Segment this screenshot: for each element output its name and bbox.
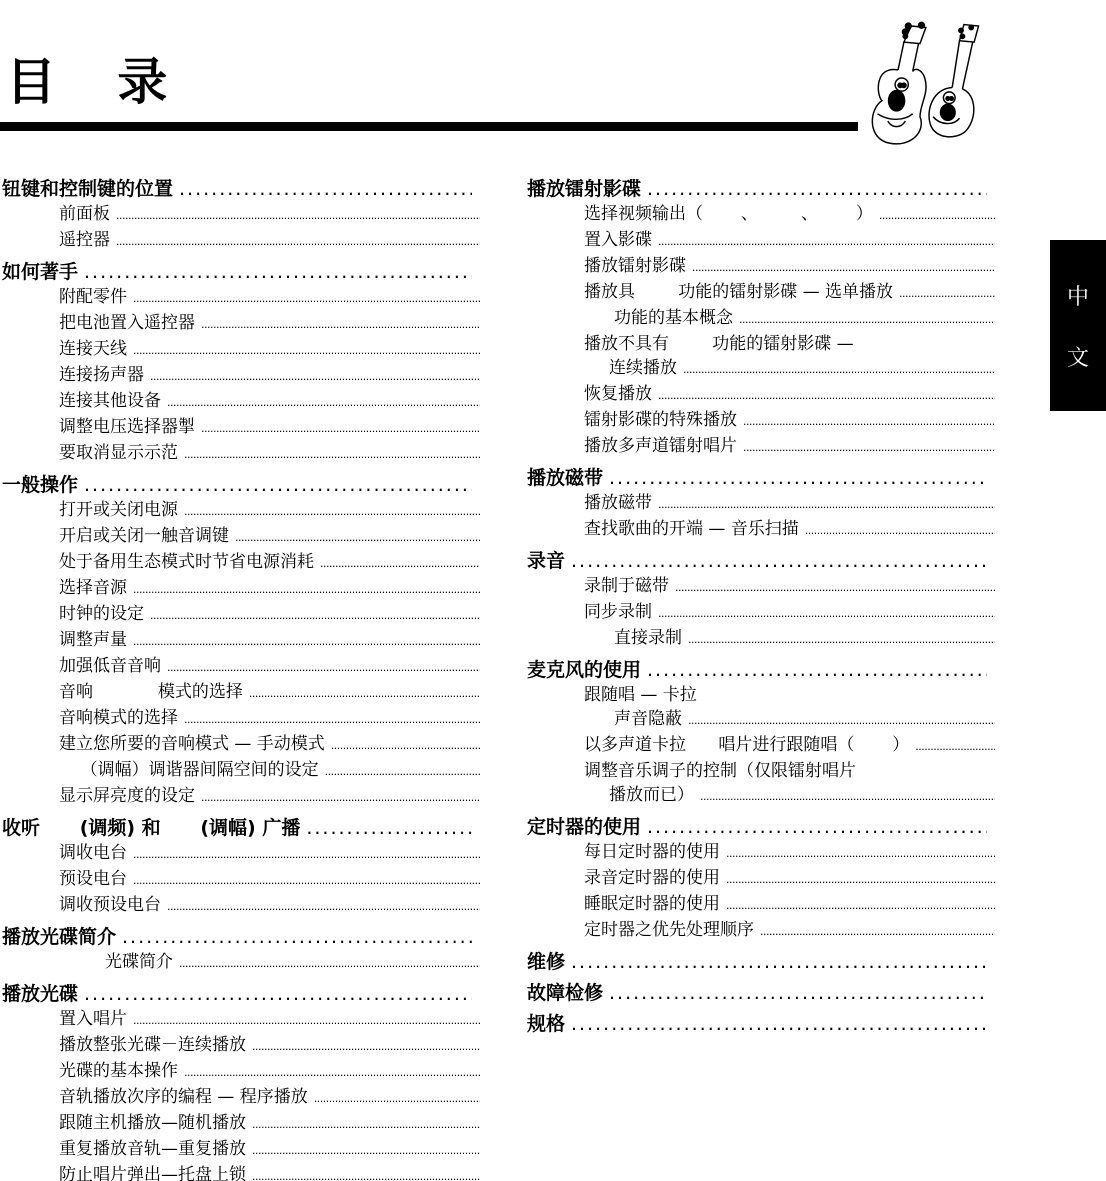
dot-leader bbox=[320, 552, 480, 576]
toc-entry[interactable]: 前面板 bbox=[2, 202, 480, 228]
dot-leader bbox=[184, 708, 480, 732]
entry-title: 声音隐蔽 bbox=[614, 707, 682, 731]
toc-section-heading[interactable]: 如何著手 bbox=[2, 259, 472, 285]
section-title: 播放光碟 bbox=[2, 981, 78, 1007]
toc-entry[interactable]: 镭射影碟的特殊播放 bbox=[527, 408, 995, 434]
toc-entry[interactable]: 预设电台 bbox=[2, 867, 480, 893]
entry-title: 同步录制 bbox=[584, 600, 652, 624]
toc-entry[interactable]: 播放磁带 bbox=[527, 491, 995, 517]
toc-entry[interactable]: 重复播放音轨—重复播放 bbox=[2, 1137, 480, 1163]
toc-entry[interactable]: 调收电台 bbox=[2, 841, 480, 867]
dot-leader bbox=[692, 256, 995, 280]
entry-title: 连接天线 bbox=[59, 337, 127, 361]
dot-leader bbox=[683, 358, 995, 382]
toc-entry[interactable]: 音响 模式的选择 bbox=[2, 680, 480, 706]
title-divider bbox=[0, 122, 858, 131]
dot-leader bbox=[167, 391, 480, 415]
toc-entry[interactable]: 睡眠定时器的使用 bbox=[527, 892, 995, 918]
dot-leader bbox=[609, 465, 987, 491]
entry-title: 调收电台 bbox=[59, 841, 127, 865]
dot-leader bbox=[331, 734, 480, 758]
dot-leader bbox=[184, 500, 480, 524]
entry-title: 睡眠定时器的使用 bbox=[584, 892, 720, 916]
toc-entry[interactable]: 建立您所要的音响模式 — 手动模式 bbox=[2, 732, 480, 758]
toc-entry[interactable]: 要取消显示示范 bbox=[2, 441, 480, 467]
toc-entry[interactable]: 跟随主机播放—随机播放 bbox=[2, 1111, 480, 1137]
entry-title: 重复播放音轨—重复播放 bbox=[59, 1137, 246, 1161]
toc-entry[interactable]: 查找歌曲的开端 — 音乐扫描 bbox=[527, 517, 995, 543]
entry-title: 音响 模式的选择 bbox=[59, 680, 243, 704]
toc-section-heading[interactable]: 麦克风的使用 bbox=[527, 657, 987, 683]
toc-entry[interactable]: 处于备用生态模式时节省电源消耗 bbox=[2, 550, 480, 576]
toc-entry[interactable]: 光碟的基本操作 bbox=[2, 1059, 480, 1085]
dot-leader bbox=[179, 952, 480, 976]
toc-entry[interactable]: 调整电压选择器掣 bbox=[2, 415, 480, 441]
entry-title: 预设电台 bbox=[59, 867, 127, 891]
toc-section-heading[interactable]: 收听 (调频) 和 (调幅) 广播 bbox=[2, 815, 472, 841]
dot-leader bbox=[252, 1035, 480, 1059]
toc-entry[interactable]: 打开或关闭电源 bbox=[2, 498, 480, 524]
dot-leader bbox=[739, 308, 995, 332]
dot-leader bbox=[899, 282, 995, 306]
toc-entry[interactable]: 连续播放 bbox=[527, 356, 995, 382]
entry-title: 调整声量 bbox=[59, 628, 127, 652]
dot-leader bbox=[84, 259, 472, 285]
toc-entry[interactable]: 置入影碟 bbox=[527, 228, 995, 254]
entry-title: 连接扬声器 bbox=[59, 363, 144, 387]
dot-leader bbox=[84, 472, 472, 498]
toc-section-heading[interactable]: 规格 bbox=[527, 1011, 987, 1037]
toc-section-heading[interactable]: 录音 bbox=[527, 548, 987, 574]
entry-title: 光碟简介 bbox=[105, 950, 173, 974]
language-tab[interactable]: 中 文 bbox=[1050, 240, 1106, 411]
toc-column-right: 播放镭射影碟选择视频输出（ 、 、 ）置入影碟播放镭射影碟播放具 功能的镭射影碟… bbox=[527, 176, 995, 1037]
dot-leader bbox=[726, 894, 995, 918]
section-title: 维修 bbox=[527, 949, 565, 975]
dot-leader bbox=[201, 417, 480, 441]
two-cartoon-guitars-icon bbox=[860, 0, 1040, 175]
section-title: 钮键和控制键的位置 bbox=[2, 176, 173, 202]
section-title: 一般操作 bbox=[2, 472, 78, 498]
toc-entry[interactable]: 恢复播放 bbox=[527, 382, 995, 408]
toc-entry[interactable]: 把电池置入遥控器 bbox=[2, 311, 480, 337]
dot-leader bbox=[314, 1087, 480, 1111]
page-title: 目 录 bbox=[6, 52, 189, 112]
toc-entry[interactable]: 同步录制 bbox=[527, 600, 995, 626]
entry-title: 定时器之优先处理顺序 bbox=[584, 918, 754, 942]
entry-title: 音轨播放次序的编程 — 程序播放 bbox=[59, 1085, 308, 1109]
dot-leader bbox=[122, 924, 472, 950]
entry-title: 直接录制 bbox=[614, 626, 682, 650]
toc-section-heading[interactable]: 故障检修 bbox=[527, 980, 987, 1006]
section-title: 录音 bbox=[527, 548, 565, 574]
dot-leader bbox=[133, 1009, 480, 1033]
entry-title: 镭射影碟的特殊播放 bbox=[584, 408, 737, 432]
dot-leader bbox=[184, 443, 480, 467]
entry-title: 处于备用生态模式时节省电源消耗 bbox=[59, 550, 314, 574]
entry-title: 播放镭射影碟 bbox=[584, 254, 686, 278]
entry-title: 调收预设电台 bbox=[59, 893, 161, 917]
entry-title: 把电池置入遥控器 bbox=[59, 311, 195, 335]
toc-entry[interactable]: 调收预设电台 bbox=[2, 893, 480, 919]
dot-leader bbox=[184, 1061, 480, 1085]
toc-entry[interactable]: 播放而已） bbox=[527, 783, 995, 809]
dot-leader bbox=[688, 709, 995, 733]
dot-leader bbox=[150, 365, 480, 389]
entry-title: 调整音乐调子的控制（仅限镭射唱片 bbox=[584, 759, 856, 783]
toc-entry[interactable]: 音轨播放次序的编程 — 程序播放 bbox=[2, 1085, 480, 1111]
dot-leader bbox=[760, 920, 995, 944]
toc-entry[interactable]: 开启或关闭一触音调键 bbox=[2, 524, 480, 550]
toc-entry[interactable]: 调整音乐调子的控制（仅限镭射唱片 bbox=[527, 759, 995, 783]
section-title: 麦克风的使用 bbox=[527, 657, 641, 683]
entry-title: 音响模式的选择 bbox=[59, 706, 178, 730]
entry-title: 跟随唱 — 卡拉 bbox=[584, 683, 697, 707]
entry-title: 恢复播放 bbox=[584, 382, 652, 406]
dot-leader bbox=[805, 519, 995, 543]
toc-entry[interactable]: 录制于磁带 bbox=[527, 574, 995, 600]
entry-title: 打开或关闭电源 bbox=[59, 498, 178, 522]
section-title: 定时器的使用 bbox=[527, 814, 641, 840]
entry-title: 加强低音音响 bbox=[59, 654, 161, 678]
toc-entry[interactable]: 播放镭射影碟 bbox=[527, 254, 995, 280]
toc-section-heading[interactable]: 播放光碟简介 bbox=[2, 924, 472, 950]
toc-entry[interactable]: 录音定时器的使用 bbox=[527, 866, 995, 892]
entry-title: 连续播放 bbox=[609, 356, 677, 380]
dot-leader bbox=[688, 628, 995, 652]
toc-entry[interactable]: 连接其他设备 bbox=[2, 389, 480, 415]
toc-entry[interactable]: 加强低音音响 bbox=[2, 654, 480, 680]
toc-entry[interactable]: 光碟简介 bbox=[2, 950, 480, 976]
toc-entry[interactable]: 以多声道卡拉 唱片进行跟随唱（ ） bbox=[527, 733, 995, 759]
language-tab-char: 中 bbox=[1067, 280, 1089, 311]
entry-title: 录制于磁带 bbox=[584, 574, 669, 598]
dot-leader bbox=[306, 815, 472, 841]
dot-leader bbox=[647, 176, 987, 202]
toc-entry[interactable]: 播放具 功能的镭射影碟 — 选单播放 bbox=[527, 280, 995, 306]
entry-title: 选择音源 bbox=[59, 576, 127, 600]
dot-leader bbox=[658, 602, 995, 626]
dot-leader bbox=[179, 176, 472, 202]
dot-leader bbox=[726, 842, 995, 866]
dot-leader bbox=[743, 436, 995, 460]
dot-leader bbox=[609, 980, 987, 1006]
entry-title: 功能的基本概念 bbox=[614, 306, 733, 330]
dot-leader bbox=[658, 493, 995, 517]
section-title: 播放光碟简介 bbox=[2, 924, 116, 950]
dot-leader bbox=[235, 526, 480, 550]
toc-entry[interactable]: 定时器之优先处理顺序 bbox=[527, 918, 995, 944]
dot-leader bbox=[647, 657, 987, 683]
dot-leader bbox=[133, 339, 480, 363]
dot-leader bbox=[249, 682, 480, 706]
toc-entry[interactable]: 附配零件 bbox=[2, 285, 480, 311]
entry-title: 前面板 bbox=[59, 202, 110, 226]
dot-leader bbox=[879, 204, 995, 228]
toc-entry[interactable]: 播放多声道镭射唱片 bbox=[527, 434, 995, 460]
toc-entry[interactable]: 连接扬声器 bbox=[2, 363, 480, 389]
dot-leader bbox=[167, 656, 480, 680]
toc-column-left: 钮键和控制键的位置前面板遥控器如何著手附配零件把电池置入遥控器连接天线连接扬声器… bbox=[2, 176, 480, 1181]
entry-title: 建立您所要的音响模式 — 手动模式 bbox=[59, 732, 325, 756]
dot-leader bbox=[252, 1113, 480, 1137]
entry-title: 防止唱片弹出—托盘上锁 bbox=[59, 1163, 246, 1181]
entry-title: 开启或关闭一触音调键 bbox=[59, 524, 229, 548]
language-tab-char: 文 bbox=[1067, 341, 1089, 372]
dot-leader bbox=[150, 604, 480, 628]
entry-title: 查找歌曲的开端 — 音乐扫描 bbox=[584, 517, 799, 541]
toc-entry[interactable]: 音响模式的选择 bbox=[2, 706, 480, 732]
entry-title: 连接其他设备 bbox=[59, 389, 161, 413]
entry-title: 置入唱片 bbox=[59, 1007, 127, 1031]
entry-title: 播放整张光碟－连续播放 bbox=[59, 1033, 246, 1057]
entry-title: 显示屏亮度的设定 bbox=[59, 784, 195, 808]
toc-entry[interactable]: 时钟的设定 bbox=[2, 602, 480, 628]
section-title: 收听 (调频) 和 (调幅) 广播 bbox=[2, 815, 300, 841]
dot-leader bbox=[201, 313, 480, 337]
toc-entry[interactable]: （调幅）调谐器间隔空间的设定 bbox=[2, 758, 480, 784]
toc-entry[interactable]: 选择视频输出（ 、 、 ） bbox=[527, 202, 995, 228]
section-title: 规格 bbox=[527, 1011, 565, 1037]
toc-entry[interactable]: 置入唱片 bbox=[2, 1007, 480, 1033]
dot-leader bbox=[658, 384, 995, 408]
dot-leader bbox=[252, 1139, 480, 1163]
dot-leader bbox=[675, 576, 995, 600]
toc-entry[interactable]: 遥控器 bbox=[2, 228, 480, 254]
entry-title: 要取消显示示范 bbox=[59, 441, 178, 465]
entry-title: 附配零件 bbox=[59, 285, 127, 309]
toc-section-heading[interactable]: 钮键和控制键的位置 bbox=[2, 176, 472, 202]
section-title: 播放磁带 bbox=[527, 465, 603, 491]
toc-entry[interactable]: 防止唱片弹出—托盘上锁 bbox=[2, 1163, 480, 1181]
dot-leader bbox=[116, 230, 480, 254]
dot-leader bbox=[252, 1165, 480, 1181]
section-title: 播放镭射影碟 bbox=[527, 176, 641, 202]
dot-leader bbox=[647, 814, 987, 840]
entry-title: 时钟的设定 bbox=[59, 602, 144, 626]
entry-title: 跟随主机播放—随机播放 bbox=[59, 1111, 246, 1135]
dot-leader bbox=[571, 949, 987, 975]
dot-leader bbox=[133, 578, 480, 602]
entry-title: 播放多声道镭射唱片 bbox=[584, 434, 737, 458]
dot-leader bbox=[658, 230, 995, 254]
entry-title: 播放具 功能的镭射影碟 — 选单播放 bbox=[584, 280, 893, 304]
dot-leader bbox=[325, 760, 480, 784]
toc-section-heading[interactable]: 播放镭射影碟 bbox=[527, 176, 987, 202]
entry-title: 光碟的基本操作 bbox=[59, 1059, 178, 1083]
dot-leader bbox=[133, 287, 480, 311]
toc-entry[interactable]: 播放整张光碟－连续播放 bbox=[2, 1033, 480, 1059]
dot-leader bbox=[133, 630, 480, 654]
toc-section-heading[interactable]: 定时器的使用 bbox=[527, 814, 987, 840]
toc-entry[interactable]: 声音隐蔽 bbox=[527, 707, 995, 733]
entry-title: 每日定时器的使用 bbox=[584, 840, 720, 864]
dot-leader bbox=[84, 981, 472, 1007]
entry-title: 以多声道卡拉 唱片进行跟随唱（ ） bbox=[584, 733, 909, 757]
dot-leader bbox=[201, 786, 480, 810]
toc-entry[interactable]: 连接天线 bbox=[2, 337, 480, 363]
dot-leader bbox=[571, 548, 987, 574]
entry-title: 调整电压选择器掣 bbox=[59, 415, 195, 439]
dot-leader bbox=[167, 895, 480, 919]
toc-entry[interactable]: 每日定时器的使用 bbox=[527, 840, 995, 866]
toc-entry[interactable]: 调整声量 bbox=[2, 628, 480, 654]
dot-leader bbox=[726, 868, 995, 892]
section-title: 故障检修 bbox=[527, 980, 603, 1006]
entry-title: 遥控器 bbox=[59, 228, 110, 252]
toc-entry[interactable]: 跟随唱 — 卡拉 bbox=[527, 683, 995, 707]
toc-section-heading[interactable]: 播放光碟 bbox=[2, 981, 472, 1007]
toc-entry[interactable]: 播放不具有 功能的镭射影碟 — bbox=[527, 332, 995, 356]
section-title: 如何著手 bbox=[2, 259, 78, 285]
entry-title: 播放磁带 bbox=[584, 491, 652, 515]
toc-section-heading[interactable]: 一般操作 bbox=[2, 472, 472, 498]
dot-leader bbox=[133, 869, 480, 893]
entry-title: 选择视频输出（ 、 、 ） bbox=[584, 202, 873, 226]
toc-section-heading[interactable]: 维修 bbox=[527, 949, 987, 975]
toc-entry[interactable]: 选择音源 bbox=[2, 576, 480, 602]
entry-title: 播放而已） bbox=[609, 783, 694, 807]
entry-title: 置入影碟 bbox=[584, 228, 652, 252]
toc-entry[interactable]: 显示屏亮度的设定 bbox=[2, 784, 480, 810]
dot-leader bbox=[133, 843, 480, 867]
toc-entry[interactable]: 直接录制 bbox=[527, 626, 995, 652]
dot-leader bbox=[743, 410, 995, 434]
dot-leader bbox=[571, 1011, 987, 1037]
toc-section-heading[interactable]: 播放磁带 bbox=[527, 465, 987, 491]
entry-title: 录音定时器的使用 bbox=[584, 866, 720, 890]
entry-title: （调幅）调谐器间隔空间的设定 bbox=[59, 758, 319, 782]
dot-leader bbox=[915, 735, 995, 759]
entry-title: 播放不具有 功能的镭射影碟 — bbox=[584, 332, 854, 356]
toc-entry[interactable]: 功能的基本概念 bbox=[527, 306, 995, 332]
dot-leader bbox=[116, 204, 480, 228]
dot-leader bbox=[700, 785, 995, 809]
